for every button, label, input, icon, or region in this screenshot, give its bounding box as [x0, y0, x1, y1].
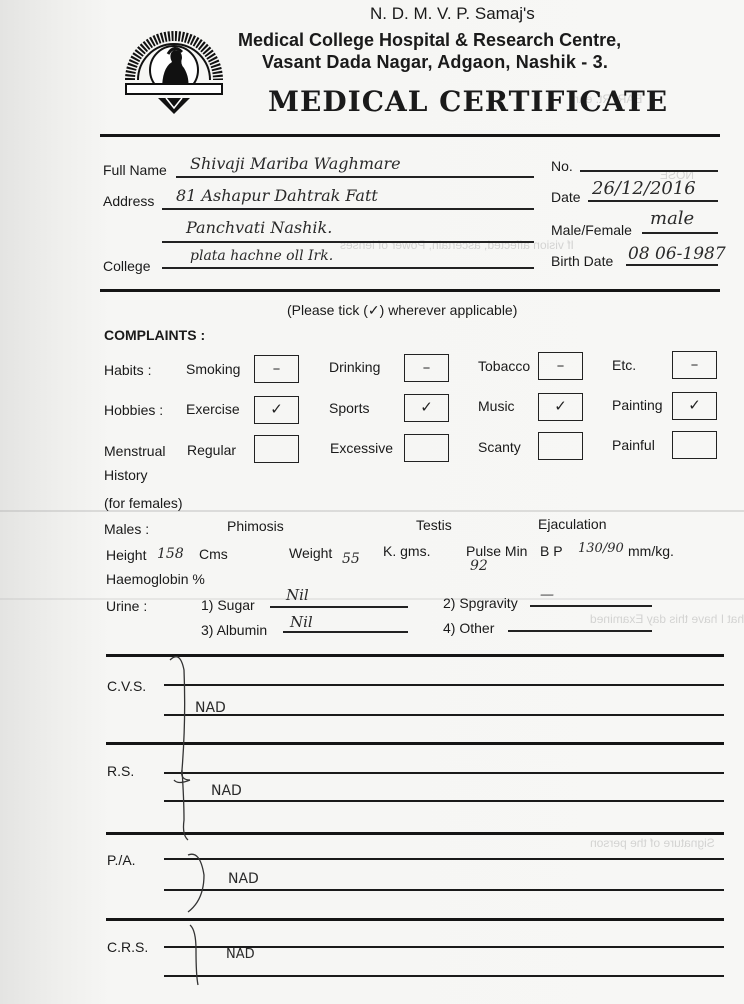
- regular-label: Regular: [187, 442, 236, 458]
- regular-checkbox[interactable]: [254, 435, 299, 463]
- menstrual-label: Menstrual: [104, 443, 165, 459]
- smoking-checkbox[interactable]: –: [254, 355, 299, 383]
- college-label: College: [103, 258, 150, 274]
- birth-date-field[interactable]: 08 06-1987: [628, 244, 726, 264]
- sports-label: Sports: [329, 400, 369, 416]
- address-line-1: [162, 208, 534, 210]
- weight-label: Weight: [289, 545, 332, 561]
- albumin-line: [283, 631, 408, 633]
- college-field[interactable]: plata hachne oll Irk.: [190, 248, 333, 264]
- bleed-through-text: Signature of the person: [590, 836, 715, 850]
- date-field[interactable]: 26/12/2016: [592, 178, 696, 199]
- weight-field[interactable]: 55: [342, 551, 360, 567]
- albumin-field[interactable]: Nil: [290, 613, 313, 631]
- pa-label: P./A.: [107, 852, 136, 868]
- crs-line-2: [164, 975, 724, 977]
- cvs-label: C.V.S.: [107, 678, 146, 694]
- excessive-label: Excessive: [330, 440, 393, 456]
- exercise-label: Exercise: [186, 401, 240, 417]
- bleed-through-text: I here by certify that I have this day E…: [590, 612, 744, 626]
- checkbox-mark: ✓: [255, 400, 298, 418]
- institution-name: Medical College Hospital & Research Cent…: [238, 32, 621, 48]
- rs-line-1: [164, 772, 724, 774]
- males-label: Males :: [104, 521, 149, 537]
- sex-line: [642, 232, 718, 234]
- phimosis-label: Phimosis: [227, 518, 284, 534]
- smoking-label: Smoking: [186, 361, 240, 377]
- address-field-line-2[interactable]: Panchvati Nashik.: [186, 218, 332, 237]
- spgravity-label: 2) Spgravity: [443, 595, 518, 611]
- bp-label: B P: [540, 543, 563, 559]
- for-females-label: (for females): [104, 495, 183, 511]
- spgravity-field[interactable]: —: [540, 587, 554, 603]
- checkbox-mark: –: [539, 356, 582, 374]
- testis-label: Testis: [416, 517, 452, 533]
- sugar-field[interactable]: Nil: [286, 586, 309, 604]
- crs-field[interactable]: NAD: [226, 947, 255, 962]
- cvs-line-2: [164, 714, 724, 716]
- no-label: No.: [551, 158, 573, 174]
- checkbox-mark: –: [405, 358, 448, 376]
- scanty-checkbox[interactable]: [538, 432, 583, 460]
- painful-label: Painful: [612, 437, 655, 453]
- etc-label: Etc.: [612, 357, 636, 373]
- height-label: Height: [106, 547, 146, 563]
- divider: [100, 289, 720, 292]
- excessive-checkbox[interactable]: [404, 434, 449, 462]
- bp-unit: mm/kg.: [628, 543, 674, 559]
- albumin-label: 3) Albumin: [201, 622, 267, 638]
- complaints-heading: COMPLAINTS :: [104, 327, 205, 343]
- habits-label: Habits :: [104, 362, 151, 378]
- bp-field[interactable]: 130/90: [578, 541, 624, 556]
- sports-checkbox[interactable]: ✓: [404, 394, 449, 422]
- other-line: [508, 630, 652, 632]
- sugar-label: 1) Sugar: [201, 597, 255, 613]
- scanty-label: Scanty: [478, 439, 521, 455]
- urine-label: Urine :: [106, 598, 147, 614]
- society-name: N. D. M. V. P. Samaj's: [370, 6, 535, 22]
- pa-line-2: [164, 889, 724, 891]
- institution-address: Vasant Dada Nagar, Adgaon, Nashik - 3.: [262, 54, 608, 70]
- birth-date-label: Birth Date: [551, 253, 613, 269]
- haemoglobin-label: Haemoglobin %: [106, 571, 205, 587]
- music-label: Music: [478, 398, 515, 414]
- sex-label: Male/Female: [551, 222, 632, 238]
- tobacco-checkbox[interactable]: –: [538, 352, 583, 380]
- full-name-line: [176, 176, 534, 178]
- music-checkbox[interactable]: ✓: [538, 393, 583, 421]
- institution-emblem-icon: [122, 18, 226, 118]
- pulse-field[interactable]: 92: [470, 558, 488, 574]
- hobbies-label: Hobbies :: [104, 402, 163, 418]
- drinking-label: Drinking: [329, 359, 380, 375]
- menstrual-history-label: History: [104, 467, 148, 483]
- height-field[interactable]: 158: [157, 546, 184, 562]
- sex-field[interactable]: male: [650, 208, 694, 229]
- spgravity-line: [530, 605, 652, 607]
- cvs-line-1: [164, 684, 724, 686]
- address-field-line-1[interactable]: 81 Ashapur Dahtrak Fatt: [176, 186, 378, 205]
- address-label: Address: [103, 193, 154, 209]
- birth-date-line: [626, 264, 718, 266]
- etc-checkbox[interactable]: –: [672, 351, 717, 379]
- rs-label: R.S.: [107, 763, 134, 779]
- rs-line-2: [164, 800, 724, 802]
- weight-unit: K. gms.: [383, 543, 430, 559]
- other-label: 4) Other: [443, 620, 494, 636]
- checkbox-mark: –: [673, 355, 716, 373]
- height-unit: Cms: [199, 546, 228, 562]
- sugar-line: [270, 606, 408, 608]
- handwritten-brace-icon: [160, 650, 220, 990]
- divider: [100, 134, 720, 137]
- painting-label: Painting: [612, 397, 663, 413]
- instructions-text: (Please tick (✓) wherever applicable): [287, 302, 517, 318]
- crs-label: C.R.S.: [107, 939, 148, 955]
- pulse-label: Pulse Min: [466, 543, 527, 559]
- page-title: MEDICAL CERTIFICATE: [268, 86, 668, 118]
- full-name-field[interactable]: Shivaji Mariba Waghmare: [190, 154, 401, 173]
- checkbox-mark: –: [255, 359, 298, 377]
- pa-line-1: [164, 858, 724, 860]
- no-line: [580, 170, 718, 172]
- checkbox-mark: ✓: [673, 396, 716, 414]
- painting-checkbox[interactable]: ✓: [672, 392, 717, 420]
- college-line: [162, 267, 534, 269]
- checkbox-mark: ✓: [539, 397, 582, 415]
- exercise-checkbox[interactable]: ✓: [254, 396, 299, 424]
- tobacco-label: Tobacco: [478, 358, 530, 374]
- full-name-label: Full Name: [103, 162, 167, 178]
- painful-checkbox[interactable]: [672, 431, 717, 459]
- date-label: Date: [551, 189, 581, 205]
- checkbox-mark: ✓: [405, 398, 448, 416]
- date-line: [588, 200, 718, 202]
- address-line-2: [162, 241, 534, 243]
- ejaculation-label: Ejaculation: [538, 516, 607, 532]
- drinking-checkbox[interactable]: –: [404, 354, 449, 382]
- pa-field[interactable]: NAD: [228, 871, 259, 887]
